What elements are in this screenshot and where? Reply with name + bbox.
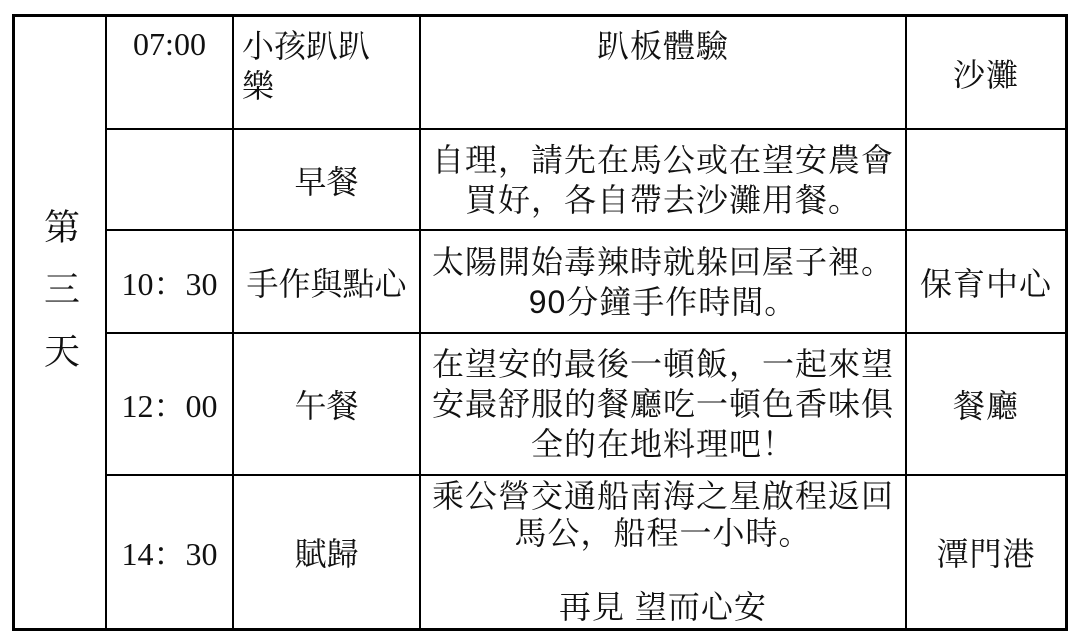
time-cell-row1: 07:00 bbox=[105, 17, 232, 128]
description-cell-row4: 在望安的最後一頓飯，一起來望 安最舒服的餐廳吃一頓色香味俱 全的在地料理吧！ bbox=[419, 332, 905, 474]
location-cell-row5: 潭門港 bbox=[905, 474, 1065, 628]
activity-cell-row1: 小孩趴趴 樂 bbox=[232, 17, 419, 128]
description-cell-row5: 乘公營交通船南海之星啟程返回 馬公，船程一小時。 再見 望而心安 bbox=[419, 474, 905, 628]
activity-cell-row5: 賦歸 bbox=[232, 474, 419, 628]
activity-cell-row4: 午餐 bbox=[232, 332, 419, 474]
description-cell-row3: 太陽開始毒辣時就躲回屋子裡。 90分鐘手作時間。 bbox=[419, 229, 905, 332]
schedule-table: 第三天 07:00 小孩趴趴 樂 趴板體驗 沙灘 早餐 自理，請先在馬公或在望安… bbox=[12, 14, 1068, 631]
location-cell-row4: 餐廳 bbox=[905, 332, 1065, 474]
day-label-cell: 第三天 bbox=[15, 0, 105, 606]
activity-cell-row2: 早餐 bbox=[232, 128, 419, 229]
time-cell-row4: 12：00 bbox=[105, 332, 232, 474]
location-cell-row3: 保育中心 bbox=[905, 229, 1065, 332]
description-cell-row2: 自理，請先在馬公或在望安農會 買好，各自帶去沙灘用餐。 bbox=[419, 128, 905, 229]
description-cell-row1: 趴板體驗 bbox=[419, 17, 905, 128]
activity-cell-row3: 手作與點心 bbox=[232, 229, 419, 332]
time-cell-row5: 14：30 bbox=[105, 474, 232, 628]
location-cell-row2 bbox=[905, 128, 1065, 229]
time-cell-row2 bbox=[105, 128, 232, 229]
time-cell-row3: 10：30 bbox=[105, 229, 232, 332]
location-cell-row1: 沙灘 bbox=[905, 17, 1065, 128]
